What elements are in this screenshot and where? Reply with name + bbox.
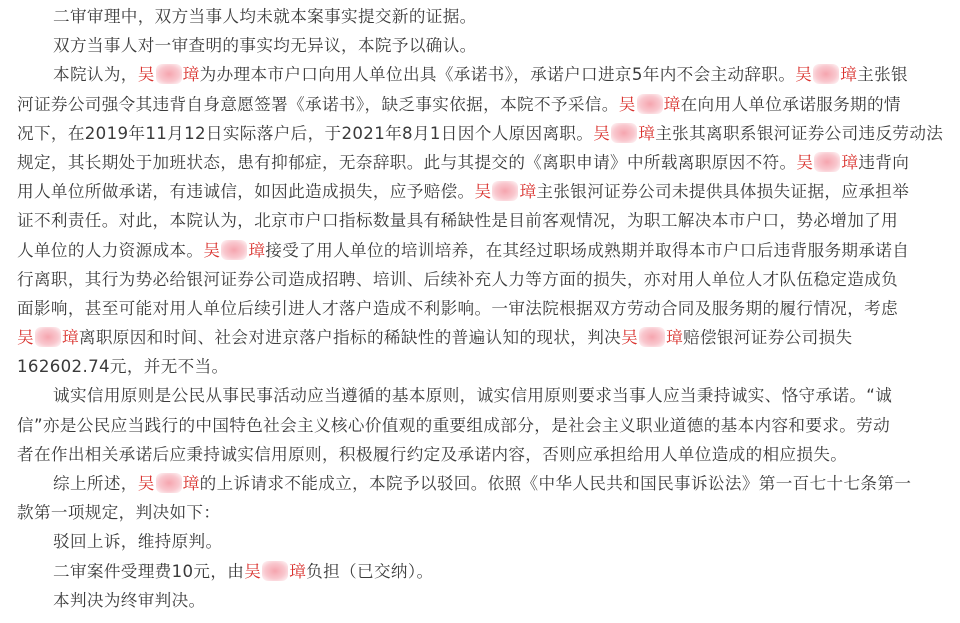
text-segment: 规定，其长期处于加班状态，患有抑郁症，无奈辞职。此与其提交的《离职申请》中所载离… — [17, 153, 796, 172]
text-segment: 行离职，其行为势必给银河证券公司造成招聘、培训、后续补充人力等方面的损失，亦对用… — [17, 270, 898, 289]
redacted-party-name: 吴璋 — [17, 328, 79, 347]
text-line: 驳回上诉，维持原判。 — [17, 527, 937, 556]
redaction-blur — [156, 473, 182, 493]
text-line: 规定，其长期处于加班状态，患有抑郁症，无奈辞职。此与其提交的《离职申请》中所载离… — [17, 148, 937, 177]
redaction-blur — [637, 94, 663, 114]
paragraph: 本判决为终审判决。 — [17, 586, 937, 615]
redaction-blur — [492, 181, 518, 201]
text-segment: 为办理本市户口向用人单位出具《承诺书》，承诺户口进京5年内不会主动辞职。 — [200, 65, 796, 84]
redaction-blur — [221, 240, 247, 260]
text-segment: 信”亦是公民应当践行的中国特色社会主义核心价值观的重要组成部分，是社会主义职业道… — [17, 416, 890, 435]
text-segment: 款第一项规定，判决如下： — [17, 503, 220, 522]
redacted-party-name: 吴璋 — [203, 241, 265, 260]
text-segment: 162602.74元，并无不当。 — [17, 357, 229, 376]
text-segment: 用人单位所做承诺，有违诚信，如因此造成损失，应予赔偿。 — [17, 182, 474, 201]
redacted-party-name: 吴璋 — [138, 474, 200, 493]
text-segment: 负担（已交纳）。 — [306, 562, 433, 581]
paragraph: 本院认为，吴璋为办理本市户口向用人单位出具《承诺书》，承诺户口进京5年内不会主动… — [17, 60, 937, 381]
paragraph: 二审案件受理费10元，由吴璋负担（已交纳）。 — [17, 557, 937, 586]
text-segment: 本判决为终审判决。 — [53, 591, 206, 610]
text-segment: 本院认为， — [53, 65, 138, 84]
text-segment: 驳回上诉，维持原判。 — [53, 532, 222, 551]
redaction-blur — [611, 123, 637, 143]
redacted-party-name: 吴璋 — [619, 95, 681, 114]
text-line: 综上所述，吴璋的上诉请求不能成立，本院予以驳回。依照《中华人民共和国民事诉讼法》… — [17, 469, 937, 498]
text-line: 162602.74元，并无不当。 — [17, 352, 937, 381]
redaction-blur — [35, 327, 61, 347]
paragraph: 驳回上诉，维持原判。 — [17, 527, 937, 556]
redaction-blur — [814, 152, 840, 172]
redaction-blur — [156, 64, 182, 84]
paragraph: 双方当事人对一审查明的事实均无异议，本院予以确认。 — [17, 31, 937, 60]
text-line: 本判决为终审判决。 — [17, 586, 937, 615]
text-segment: 违背向 — [858, 153, 909, 172]
text-segment: 面影响，甚至可能对用人单位后续引进人才落户造成不利影响。一审法院根据双方劳动合同… — [17, 299, 898, 318]
text-segment: 况下，在2019年11月12日实际落户后，于2021年8月1日因个人原因离职。 — [17, 124, 593, 143]
text-line: 诚实信用原则是公民从事民事活动应当遵循的基本原则，诚实信用原则要求当事人应当秉持… — [17, 381, 937, 410]
redacted-party-name: 吴璋 — [796, 153, 858, 172]
text-segment: 综上所述， — [53, 474, 138, 493]
text-segment: 主张其离职系银河证券公司违反劳动法 — [655, 124, 943, 143]
text-line: 况下，在2019年11月12日实际落户后，于2021年8月1日因个人原因离职。吴… — [17, 119, 937, 148]
text-line: 面影响，甚至可能对用人单位后续引进人才落户造成不利影响。一审法院根据双方劳动合同… — [17, 294, 937, 323]
text-segment: 二审案件受理费10元，由 — [53, 562, 244, 581]
text-segment: 二审审理中，双方当事人均未就本案事实提交新的证据。 — [53, 7, 477, 26]
text-line: 者在作出相关承诺后应秉持诚实信用原则，积极履行约定及承诺内容，否则应承担给用人单… — [17, 440, 937, 469]
text-segment: 证不利责任。对此，本院认为，北京市户口指标数量具有稀缺性是目前客观情况，为职工解… — [17, 211, 898, 230]
text-line: 用人单位所做承诺，有违诚信，如因此造成损失，应予赔偿。吴璋主张银河证券公司未提供… — [17, 177, 937, 206]
text-segment: 主张银河证券公司未提供具体损失证据，应承担举 — [536, 182, 909, 201]
text-segment: 接受了用人单位的培训培养，在其经过职场成熟期并取得本市户口后违背服务期承诺自 — [265, 241, 909, 260]
paragraph: 综上所述，吴璋的上诉请求不能成立，本院予以驳回。依照《中华人民共和国民事诉讼法》… — [17, 469, 937, 527]
text-segment: 赔偿银河证券公司损失 — [683, 328, 852, 347]
redacted-party-name: 吴璋 — [593, 124, 655, 143]
redacted-party-name: 吴璋 — [795, 65, 857, 84]
redacted-party-name: 吴璋 — [244, 562, 306, 581]
redacted-party-name: 吴璋 — [138, 65, 200, 84]
text-line: 证不利责任。对此，本院认为，北京市户口指标数量具有稀缺性是目前客观情况，为职工解… — [17, 206, 937, 235]
paragraph: 二审审理中，双方当事人均未就本案事实提交新的证据。 — [17, 2, 937, 31]
text-segment: 在向用人单位承诺服务期的情 — [681, 95, 901, 114]
text-segment: 诚实信用原则是公民从事民事活动应当遵循的基本原则，诚实信用原则要求当事人应当秉持… — [53, 386, 892, 405]
text-line: 二审案件受理费10元，由吴璋负担（已交纳）。 — [17, 557, 937, 586]
text-segment: 主张银 — [857, 65, 908, 84]
redaction-blur — [813, 64, 839, 84]
redacted-party-name: 吴璋 — [621, 328, 683, 347]
text-segment: 双方当事人对一审查明的事实均无异议，本院予以确认。 — [53, 36, 477, 55]
text-line: 河证券公司强令其违背自身意愿签署《承诺书》，缺乏事实依据，本院不予采信。吴璋在向… — [17, 90, 937, 119]
judgment-document: 二审审理中，双方当事人均未就本案事实提交新的证据。双方当事人对一审查明的事实均无… — [17, 2, 937, 615]
text-line: 信”亦是公民应当践行的中国特色社会主义核心价值观的重要组成部分，是社会主义职业道… — [17, 411, 937, 440]
text-segment: 者在作出相关承诺后应秉持诚实信用原则，积极履行约定及承诺内容，否则应承担给用人单… — [17, 445, 847, 464]
text-line: 本院认为，吴璋为办理本市户口向用人单位出具《承诺书》，承诺户口进京5年内不会主动… — [17, 60, 937, 89]
text-segment: 的上诉请求不能成立，本院予以驳回。依照《中华人民共和国民事诉讼法》第一百七十七条… — [200, 474, 912, 493]
text-segment: 离职原因和时间、社会对进京落户指标的稀缺性的普遍认知的现状，判决 — [79, 328, 621, 347]
text-segment: 人单位的人力资源成本。 — [17, 241, 203, 260]
text-segment: 河证券公司强令其违背自身意愿签署《承诺书》，缺乏事实依据，本院不予采信。 — [17, 95, 619, 114]
text-line: 二审审理中，双方当事人均未就本案事实提交新的证据。 — [17, 2, 937, 31]
text-line: 双方当事人对一审查明的事实均无异议，本院予以确认。 — [17, 31, 937, 60]
redacted-party-name: 吴璋 — [474, 182, 536, 201]
redaction-blur — [262, 561, 288, 581]
text-line: 款第一项规定，判决如下： — [17, 498, 937, 527]
redaction-blur — [639, 327, 665, 347]
paragraph: 诚实信用原则是公民从事民事活动应当遵循的基本原则，诚实信用原则要求当事人应当秉持… — [17, 381, 937, 469]
text-line: 行离职，其行为势必给银河证券公司造成招聘、培训、后续补充人力等方面的损失，亦对用… — [17, 265, 937, 294]
text-line: 吴璋离职原因和时间、社会对进京落户指标的稀缺性的普遍认知的现状，判决吴璋赔偿银河… — [17, 323, 937, 352]
text-line: 人单位的人力资源成本。吴璋接受了用人单位的培训培养，在其经过职场成熟期并取得本市… — [17, 236, 937, 265]
